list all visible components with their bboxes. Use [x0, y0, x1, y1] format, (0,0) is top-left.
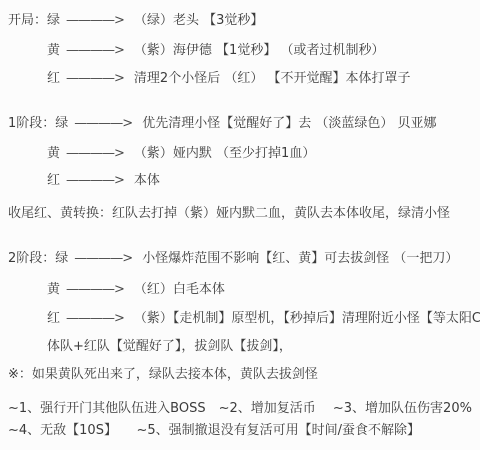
- team-label-green: 绿: [47, 12, 60, 30]
- arrow-icon: ————>: [66, 42, 124, 60]
- row-content: （红）白毛本体: [134, 281, 225, 299]
- arrow-icon: ————>: [66, 12, 124, 30]
- strategy-row-phase1-red: 红 ————> 本体: [8, 172, 474, 190]
- note-paragraph: ※：如果黄队死出来了，绿队去接本体，黄队去拔剑怪: [8, 366, 474, 384]
- team-label-red: 红: [47, 310, 60, 328]
- strategy-row-opening-yellow: 黄 ————> （紫）海伊德 【1觉秒】 （或者过机制秒）: [8, 42, 474, 60]
- strategy-row-phase1-yellow: 黄 ————> （紫）娅内默 （至少打掉1血）: [8, 145, 474, 163]
- row-content: （绿）老头 【3觉秒】: [134, 12, 263, 30]
- strategy-notes-document: 开局： 绿 ————> （绿）老头 【3觉秒】 黄 ————> （紫）海伊德 【…: [0, 0, 480, 450]
- team-label-yellow: 黄: [47, 42, 60, 60]
- team-label-red: 红: [47, 70, 60, 88]
- arrow-icon: ————>: [66, 172, 124, 190]
- row-content: 小怪爆炸范围不影响【红、黄】可去拔剑怪 （一把刀）: [142, 250, 458, 268]
- transition-paragraph: 收尾红、黄转换：红队去打掉（紫）娅内默二血，黄队去本体收尾，绿清小怪: [8, 205, 474, 223]
- strategy-row-phase2-green: 2阶段： 绿 ————> 小怪爆炸范围不影响【红、黄】可去拔剑怪 （一把刀）: [8, 250, 474, 268]
- commands-line-1: ~1、强行开门其他队伍进入BOSS ~2、增加复活币 ~3、增加队伍伤害20%【…: [8, 399, 474, 419]
- strategy-row-phase2-yellow: 黄 ————> （红）白毛本体: [8, 281, 474, 299]
- row-content: 清理2个小怪后 （红） 【不开觉醒】本体打罩子: [134, 70, 411, 88]
- team-label-green: 绿: [55, 115, 68, 133]
- strategy-row-phase1-green: 1阶段： 绿 ————> 优先清理小怪【觉醒好了】去 （淡蓝绿色） 贝亚娜: [8, 115, 474, 133]
- arrow-icon: ————>: [74, 115, 132, 133]
- phase-label-opening: 开局：: [8, 12, 47, 30]
- team-label-green: 绿: [55, 250, 68, 268]
- awaken-paragraph: 体队+红队【觉醒好了】，拔剑队【拔剑】，: [47, 338, 474, 356]
- row-content: 优先清理小怪【觉醒好了】去 （淡蓝绿色） 贝亚娜: [142, 115, 436, 133]
- strategy-row-opening-red: 红 ————> 清理2个小怪后 （红） 【不开觉醒】本体打罩子: [8, 70, 474, 88]
- strategy-row-opening-green: 开局： 绿 ————> （绿）老头 【3觉秒】: [8, 12, 474, 30]
- row-content: （紫）海伊德 【1觉秒】 （或者过机制秒）: [134, 42, 385, 60]
- team-label-yellow: 黄: [47, 281, 60, 299]
- arrow-icon: ————>: [74, 250, 132, 268]
- phase-label-phase2: 2阶段：: [8, 250, 55, 268]
- team-label-red: 红: [47, 172, 60, 190]
- row-content: （紫）娅内默 （至少打掉1血）: [134, 145, 315, 163]
- team-label-yellow: 黄: [47, 145, 60, 163]
- arrow-icon: ————>: [66, 281, 124, 299]
- row-content: 本体: [134, 172, 160, 190]
- strategy-row-phase2-red: 红 ————> （紫）【走机制】原型机，【秒掉后】清理附近小怪【等太阳CD】: [8, 310, 474, 328]
- arrow-icon: ————>: [66, 145, 124, 163]
- phase-label-phase1: 1阶段：: [8, 115, 55, 133]
- commands-line-2: ~4、无敌【10S】 ~5、强制撤退没有复活可用【时间/蚕食不解除】: [8, 421, 474, 441]
- arrow-icon: ————>: [66, 70, 124, 88]
- arrow-icon: ————>: [66, 310, 124, 328]
- row-content: （紫）【走机制】原型机，【秒掉后】清理附近小怪【等太阳CD】: [134, 310, 480, 328]
